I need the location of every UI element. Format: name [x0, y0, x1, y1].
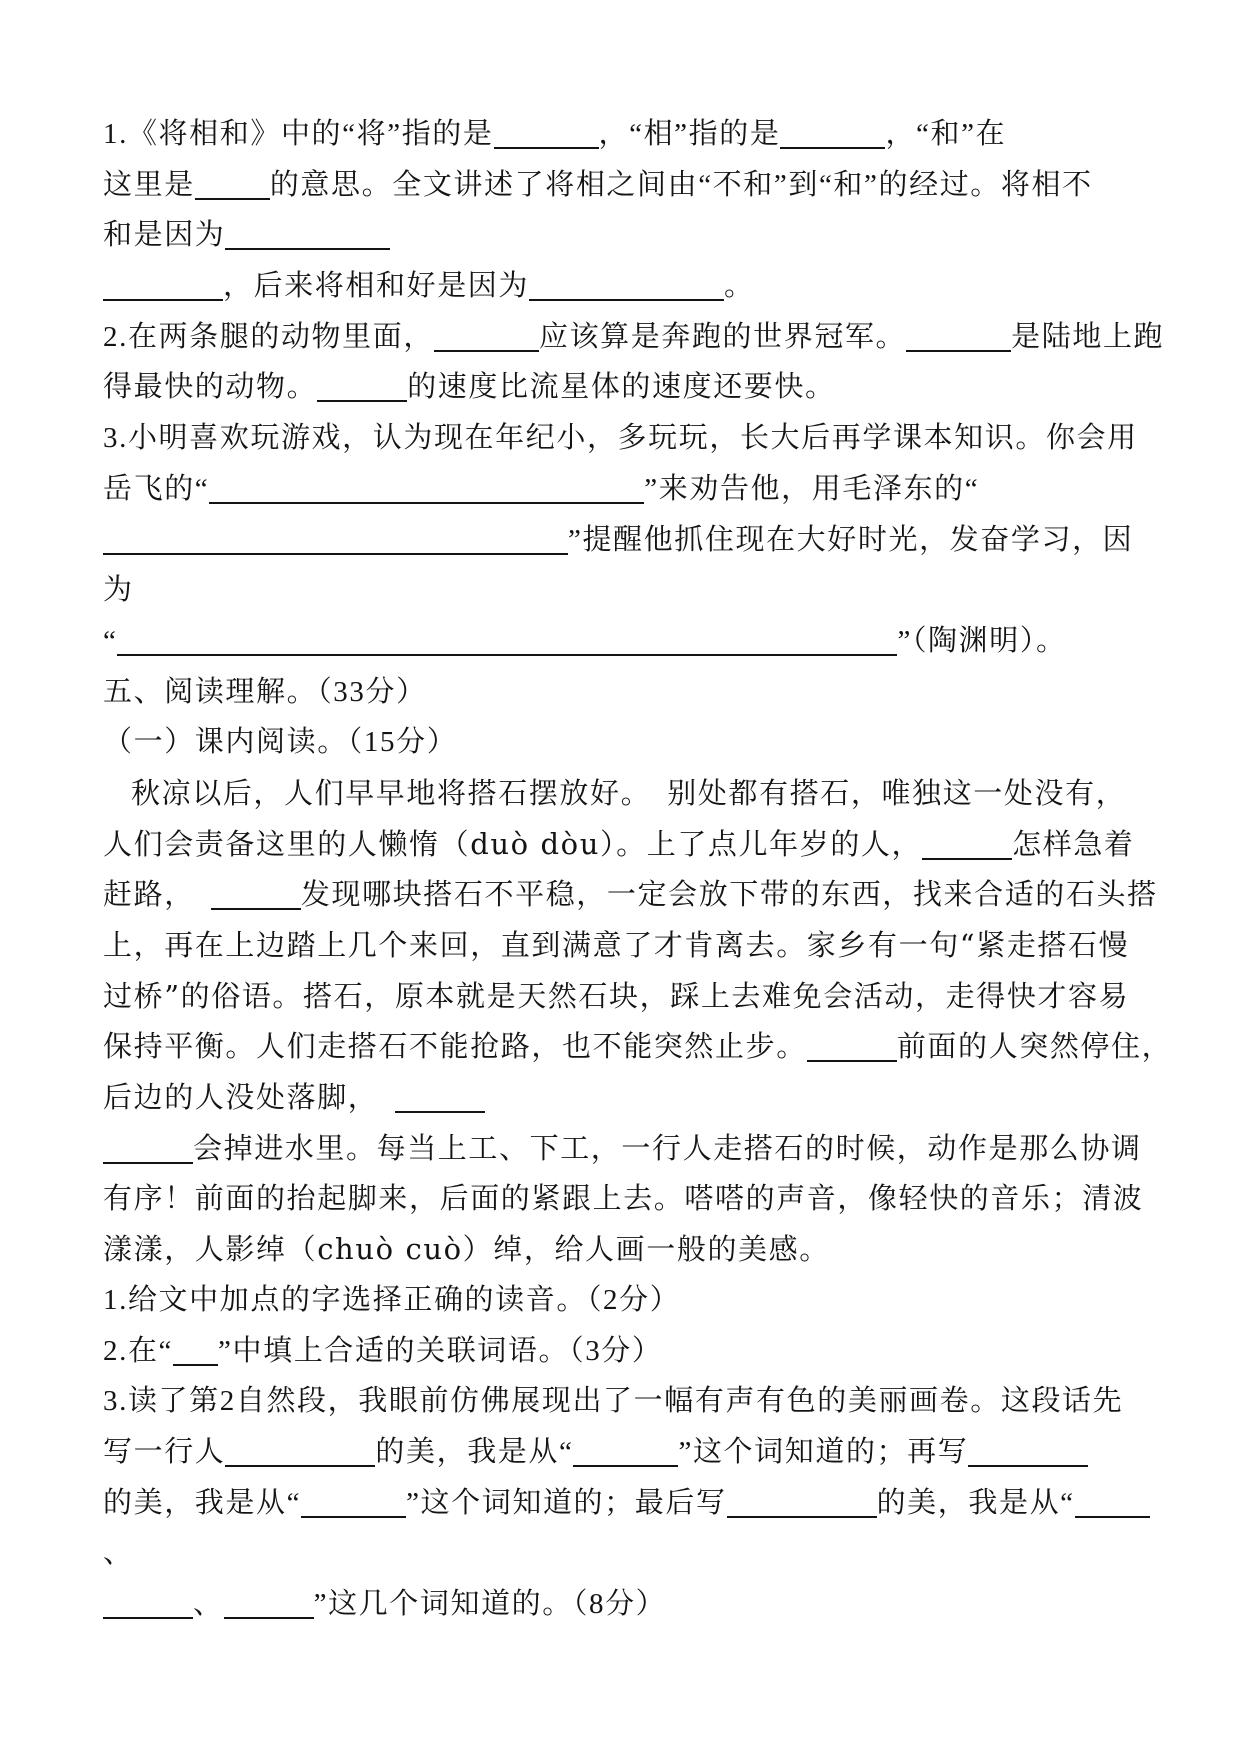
blank-underline	[103, 1589, 193, 1619]
text-run: 2.在两条腿的动物里面，	[103, 321, 434, 353]
text-run: ”（陶渊明）。	[897, 625, 1066, 657]
blank-underline	[573, 1437, 678, 1467]
text-run: 怎样急着	[1012, 827, 1134, 861]
text-line: 保持平衡。人们走搭石不能抢路，也不能突然止步。前面的人突然停住，	[103, 1021, 1148, 1072]
blank-underline	[317, 372, 407, 402]
text-run: 保持平衡。人们走搭石不能抢路，也不能突然止步。	[103, 1029, 807, 1063]
text-line: 这里是的意思。全文讲述了将相之间由“不和”到“和”的经过。将相不	[103, 160, 1148, 211]
text-line: 后边的人没处落脚，	[103, 1072, 1148, 1123]
text-run: 前面的人突然停住，	[897, 1029, 1172, 1063]
text-run: ，“相”指的是	[599, 118, 781, 150]
text-line: ”提醒他抓住现在大好时光，发奋学习，因	[103, 515, 1148, 566]
text-run: ”中填上合适的关联词语。（3分）	[218, 1335, 662, 1367]
text-line: 写一行人的美，我是从“”这个词知道的；再写	[103, 1427, 1148, 1478]
text-line: 2.在“”中填上合适的关联词语。（3分）	[103, 1326, 1148, 1377]
blank-underline	[103, 1134, 193, 1164]
text-run: ”来劝告他，用毛泽东的“	[644, 473, 979, 505]
blank-underline	[807, 1032, 897, 1062]
text-line: 的美，我是从“”这个词知道的；最后写的美，我是从“	[103, 1478, 1148, 1529]
text-run: 后边的人没处落脚，	[103, 1080, 395, 1114]
text-line: ，后来将相和好是因为。	[103, 261, 1148, 312]
text-run: 应该算是奔跑的世界冠军。	[539, 321, 906, 353]
text-run: 、	[193, 1588, 224, 1620]
blank-underline	[103, 525, 568, 555]
blank-underline	[173, 1336, 218, 1366]
blank-underline	[922, 830, 1012, 860]
blank-underline	[211, 880, 301, 910]
blank-underline	[395, 1083, 485, 1113]
text-run: 赶路，	[103, 877, 211, 911]
blank-underline	[529, 271, 724, 301]
text-run: ”提醒他抓住现在大好时光，发奋学习，因	[568, 524, 1133, 556]
text-run: ”这个词知道的；最后写	[406, 1487, 726, 1519]
blank-underline	[225, 220, 390, 250]
text-line: 1.《将相和》中的“将”指的是，“相”指的是，“和”在	[103, 109, 1148, 160]
blank-underline	[780, 119, 885, 149]
text-run: 漾漾，人影绰（chuò cuò）绰，给人画一般的美感。	[103, 1232, 830, 1266]
text-run: （一）课内阅读。（15分）	[103, 726, 457, 758]
text-run: 1.《将相和》中的“将”指的是	[103, 118, 494, 150]
blank-underline	[434, 322, 539, 352]
text-run: 为	[103, 574, 134, 606]
blank-underline	[301, 1488, 406, 1518]
text-run: 上，再在上边踏上几个来回，直到满意了才肯离去。家乡有一句“紧走搭石慢	[103, 928, 1129, 962]
text-line: 漾漾，人影绰（chuò cuò）绰，给人画一般的美感。	[103, 1224, 1148, 1275]
text-run: 、	[103, 1537, 134, 1569]
text-line: 有序！前面的抬起脚来，后面的紧跟上去。嗒嗒的声音，像轻快的音乐；清波	[103, 1173, 1148, 1224]
text-run: 1.给文中加点的字选择正确的读音。（2分）	[103, 1284, 680, 1316]
text-run: 是陆地上跑	[1011, 321, 1164, 353]
text-run: 会掉进水里。每当上工、下工，一行人走搭石的时候，动作是那么协调	[193, 1131, 1142, 1165]
text-line: 得最快的动物。的速度比流星体的速度还要快。	[103, 362, 1148, 413]
text-run: 有序！前面的抬起脚来，后面的紧跟上去。嗒嗒的声音，像轻快的音乐；清波	[103, 1181, 1143, 1215]
text-line: （一）课内阅读。（15分）	[103, 717, 1148, 768]
blank-underline	[968, 1437, 1088, 1467]
text-run: 和是因为	[103, 219, 225, 251]
text-line: 、	[103, 1528, 1148, 1579]
text-run: 过桥”的俗语。搭石，原本就是天然石块，踩上去难免会活动，走得快才容易	[103, 979, 1129, 1013]
blank-underline	[1075, 1488, 1150, 1518]
blank-underline	[225, 1437, 375, 1467]
text-line: 上，再在上边踏上几个来回，直到满意了才肯离去。家乡有一句“紧走搭石慢	[103, 920, 1148, 971]
text-run: 3.小明喜欢玩游戏，认为现在年纪小，多玩玩，长大后再学课本知识。你会用	[103, 422, 1138, 454]
text-line: 2.在两条腿的动物里面，应该算是奔跑的世界冠军。是陆地上跑	[103, 312, 1148, 363]
text-line: 和是因为	[103, 210, 1148, 261]
text-run: 3.读了第2自然段，我眼前仿佛展现出了一幅有声有色的美丽画卷。这段话先	[103, 1385, 1123, 1417]
text-line: 、”这几个词知道的。（8分）	[103, 1579, 1148, 1630]
text-line: 岳飞的“”来劝告他，用毛泽东的“	[103, 464, 1148, 515]
text-line: 秋凉以后，人们早早地将搭石摆放好。 别处都有搭石，唯独这一处没有，	[103, 768, 1148, 819]
blank-underline	[209, 474, 644, 504]
text-line: 五、阅读理解。（33分）	[103, 667, 1148, 718]
text-run: 这里是	[103, 169, 195, 201]
text-run: 人们会责备这里的人懒惰（duò dòu）。上了点儿年岁的人，	[103, 827, 922, 861]
text-run: 的美，我是从“	[375, 1436, 573, 1468]
text-line: 1.给文中加点的字选择正确的读音。（2分）	[103, 1275, 1148, 1326]
text-run: 。	[724, 270, 755, 302]
exam-document-page: 1.《将相和》中的“将”指的是，“相”指的是，“和”在这里是的意思。全文讲述了将…	[0, 0, 1241, 1754]
blank-underline	[103, 271, 223, 301]
text-run: 的意思。全文讲述了将相之间由“不和”到“和”的经过。将相不	[270, 169, 1093, 201]
text-run: 2.在“	[103, 1335, 173, 1367]
text-run: ，后来将相和好是因为	[223, 270, 529, 302]
blank-underline	[727, 1488, 877, 1518]
text-run: 的美，我是从“	[103, 1487, 301, 1519]
text-run: ”这个词知道的；再写	[678, 1436, 968, 1468]
text-run: ，“和”在	[885, 118, 1006, 150]
text-line: 3.读了第2自然段，我眼前仿佛展现出了一幅有声有色的美丽画卷。这段话先	[103, 1376, 1148, 1427]
text-run: 得最快的动物。	[103, 371, 317, 403]
text-run: 写一行人	[103, 1436, 225, 1468]
text-run: 的美，我是从“	[877, 1487, 1075, 1519]
blank-underline	[224, 1589, 314, 1619]
text-line: 为	[103, 565, 1148, 616]
text-line: 赶路， 发现哪块搭石不平稳，一定会放下带的东西，找来合适的石头搭	[103, 869, 1148, 920]
document-body: 1.《将相和》中的“将”指的是，“相”指的是，“和”在这里是的意思。全文讲述了将…	[103, 109, 1148, 1630]
text-run: 发现哪块搭石不平稳，一定会放下带的东西，找来合适的石头搭	[301, 877, 1158, 911]
text-run: 五、阅读理解。（33分）	[103, 676, 427, 708]
text-run: “	[103, 625, 117, 657]
text-line: 会掉进水里。每当上工、下工，一行人走搭石的时候，动作是那么协调	[103, 1123, 1148, 1174]
text-run: 的速度比流星体的速度还要快。	[407, 371, 835, 403]
text-run: 岳飞的“	[103, 473, 209, 505]
text-run: 秋凉以后，人们早早地将搭石摆放好。 别处都有搭石，唯独这一处没有，	[131, 776, 1126, 810]
text-line: 人们会责备这里的人懒惰（duò dòu）。上了点儿年岁的人，怎样急着	[103, 819, 1148, 870]
blank-underline	[906, 322, 1011, 352]
text-line: “”（陶渊明）。	[103, 616, 1148, 667]
blank-underline	[117, 626, 897, 656]
blank-underline	[494, 119, 599, 149]
blank-underline	[195, 170, 270, 200]
text-line: 过桥”的俗语。搭石，原本就是天然石块，踩上去难免会活动，走得快才容易	[103, 971, 1148, 1022]
text-line: 3.小明喜欢玩游戏，认为现在年纪小，多玩玩，长大后再学课本知识。你会用	[103, 413, 1148, 464]
text-run: ”这几个词知道的。（8分）	[314, 1588, 667, 1620]
